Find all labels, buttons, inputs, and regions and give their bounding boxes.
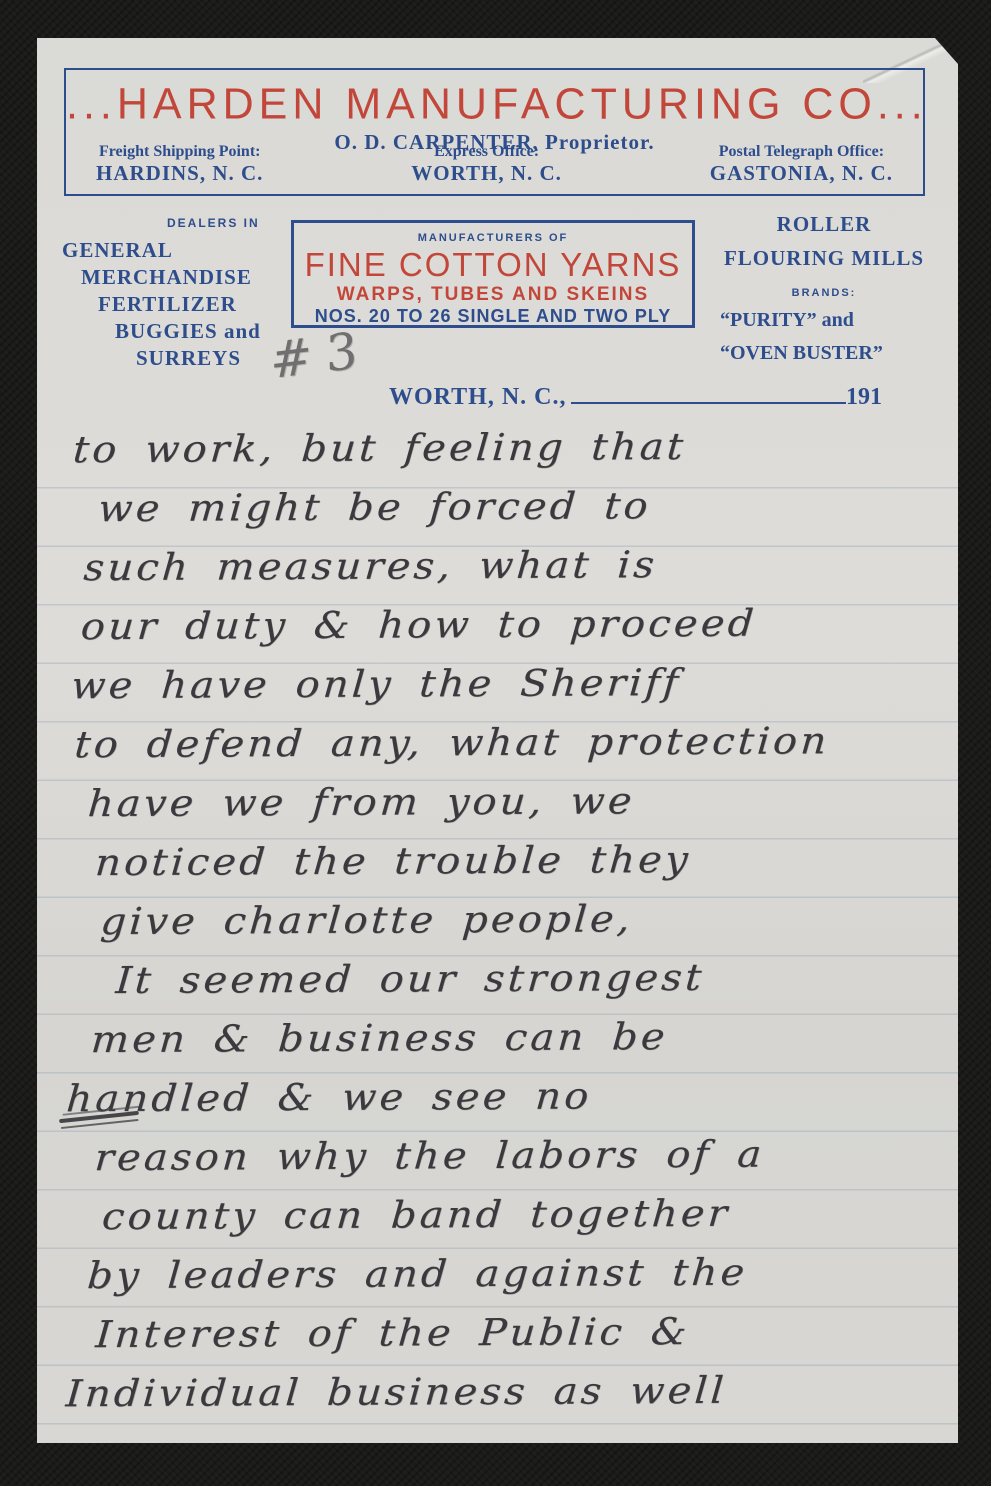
letter-page: ...HARDEN MANUFACTURING CO... O. D. CARP…	[37, 38, 958, 1443]
handwriting-line: men & business can be	[89, 1013, 991, 1077]
dateline-year-prefix: 191	[846, 384, 882, 411]
manufacturers-heading: MANUFACTURERS OF	[294, 232, 692, 244]
dateline: WORTH, N. C., 191	[389, 384, 882, 411]
office-value: WORTH, N. C.	[411, 161, 562, 186]
office-label: Express Office:	[411, 143, 562, 161]
handwriting-line: our duty & how to proceed	[78, 600, 991, 664]
handwriting-line: Individual business as well	[63, 1367, 991, 1431]
pencil-page-number: #3	[270, 320, 372, 391]
office-value: HARDINS, N. C.	[96, 161, 263, 186]
dealers-column: DEALERS IN GENERAL MERCHANDISE FERTILIZE…	[62, 216, 261, 372]
mills-line: ROLLER	[705, 212, 943, 237]
dealers-item: FERTILIZER	[98, 291, 261, 318]
handwritten-body: to work, but feeling that we might be fo…	[34, 424, 960, 1432]
dateline-place: WORTH, N. C.,	[389, 384, 567, 411]
office-freight: Freight Shipping Point: HARDINS, N. C.	[96, 143, 263, 186]
office-label: Postal Telegraph Office:	[710, 143, 893, 161]
mills-column: ROLLER FLOURING MILLS BRANDS: “PURITY” a…	[705, 212, 943, 365]
handwriting-line: by leaders and against the	[85, 1249, 991, 1313]
brand-name: “OVEN BUSTER”	[720, 342, 943, 365]
handwriting-line: we might be forced to	[96, 482, 991, 546]
handwriting-line: give charlotte people,	[98, 895, 991, 959]
handwriting-line: handled & we see no	[64, 1072, 991, 1136]
office-express: Express Office: WORTH, N. C.	[411, 143, 562, 186]
office-value: GASTONIA, N. C.	[710, 161, 893, 186]
product-subtitle: WARPS, TUBES AND SKEINS	[294, 284, 692, 306]
product-title: FINE COTTON YARNS	[294, 246, 692, 284]
offices-row: Freight Shipping Point: HARDINS, N. C. E…	[66, 143, 923, 186]
handwriting-line: It seemed our strongest	[113, 954, 991, 1018]
handwriting-line: county can band together	[99, 1190, 991, 1254]
manufacturers-box: MANUFACTURERS OF FINE COTTON YARNS WARPS…	[291, 220, 695, 328]
brand-name: “PURITY” and	[720, 309, 943, 332]
mills-line: FLOURING MILLS	[705, 246, 943, 271]
company-name: ...HARDEN MANUFACTURING CO...	[66, 80, 923, 130]
dealers-item: BUGGIES and	[115, 318, 261, 345]
handwriting-line: such measures, what is	[81, 541, 991, 605]
handwriting-line: noticed the trouble they	[93, 836, 991, 900]
handwriting-line: to defend any, what protection	[72, 718, 991, 782]
brands-heading: BRANDS:	[705, 287, 943, 299]
dealers-item: MERCHANDISE	[81, 264, 261, 291]
letterhead-box: ...HARDEN MANUFACTURING CO... O. D. CARP…	[64, 68, 925, 196]
handwriting-line: to work, but feeling that	[70, 423, 991, 487]
dealers-item: GENERAL	[62, 237, 261, 264]
handwriting-line: reason why the labors of a	[92, 1131, 991, 1195]
dealers-item: SURREYS	[136, 345, 261, 372]
dateline-rule	[571, 402, 847, 404]
handwriting-line: we have only the Sheriff	[69, 659, 991, 723]
dealers-heading: DEALERS IN	[167, 216, 261, 230]
office-telegraph: Postal Telegraph Office: GASTONIA, N. C.	[710, 143, 893, 186]
handwriting-line: Interest of the Public &	[93, 1308, 991, 1372]
handwriting-line: have we from you, we	[85, 777, 991, 841]
office-label: Freight Shipping Point:	[96, 143, 263, 161]
